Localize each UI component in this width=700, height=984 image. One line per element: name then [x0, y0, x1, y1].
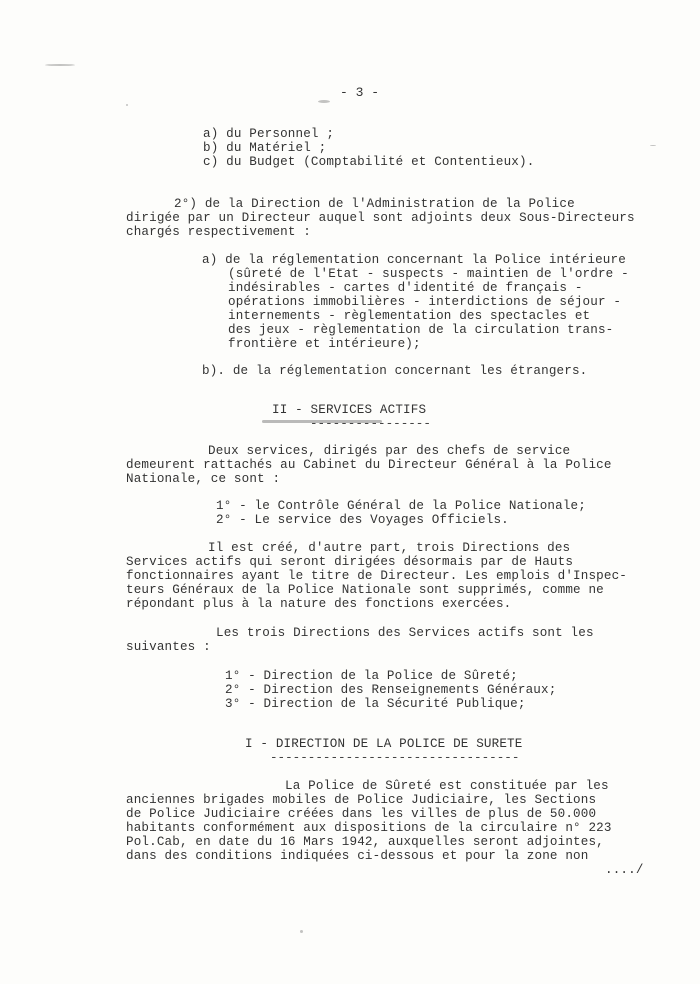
typewritten-document-page: - 3 - a) du Personnel ; b) du Matériel ;…: [0, 0, 700, 984]
paragraph-line: Nationale, ce sont :: [126, 473, 280, 486]
item-a-line: des jeux - règlementation de la circulat…: [228, 324, 613, 337]
list-item-controle: 1° - le Contrôle Général de la Police Na…: [216, 500, 586, 513]
item-a-line: frontière et intérieure);: [228, 338, 421, 351]
heading-services-actifs: II - SERVICES ACTIFS: [272, 404, 426, 417]
item-a-line: internements - règlementation des specta…: [228, 310, 590, 323]
heading-police-surete: I - DIRECTION DE LA POLICE DE SURETE: [245, 738, 522, 751]
paragraph-line: suivantes :: [126, 641, 211, 654]
ink-smudge: [262, 420, 382, 423]
list-item-direction-securite: 3° - Direction de la Sécurité Publique;: [225, 698, 526, 711]
item-b-line: b). de la réglementation concernant les …: [202, 365, 587, 378]
list-item-budget: c) du Budget (Comptabilité et Contentieu…: [203, 156, 534, 169]
section-2-line: chargés respectivement :: [126, 226, 311, 239]
ink-speck: [318, 100, 330, 103]
paragraph-line: de Police Judiciaire créées dans les vil…: [126, 808, 596, 821]
ink-speck: [650, 145, 656, 146]
paragraph-line: demeurent rattachés au Cabinet du Direct…: [126, 459, 612, 472]
paragraph-line: fonctionnaires ayant le titre de Directe…: [126, 570, 627, 583]
paragraph-line: dans des conditions indiquées ci-dessous…: [126, 850, 588, 863]
paragraph-line: habitants conformément aux dispositions …: [126, 822, 612, 835]
list-item-materiel: b) du Matériel ;: [203, 142, 326, 155]
item-a-line: opérations immobilières - interdictions …: [228, 296, 621, 309]
paragraph-line: Services actifs qui seront dirigées déso…: [126, 556, 573, 569]
heading-underline: ---------------------------------: [270, 752, 519, 765]
ink-speck: [126, 104, 128, 106]
paragraph-line: Deux services, dirigés par des chefs de …: [208, 445, 570, 458]
paragraph-line: Pol.Cab, en date du 16 Mars 1942, auxque…: [126, 836, 604, 849]
item-a-line: a) de la réglementation concernant la Po…: [202, 254, 626, 267]
list-item-voyages: 2° - Le service des Voyages Officiels.: [216, 514, 509, 527]
paragraph-line: anciennes brigades mobiles de Police Jud…: [126, 794, 596, 807]
paragraph-line: Les trois Directions des Services actifs…: [216, 627, 594, 640]
paragraph-line: répondant plus à la nature des fonctions…: [126, 598, 511, 611]
ink-speck: [300, 930, 303, 933]
continuation-mark: ..../: [605, 864, 644, 877]
list-item-direction-rg: 2° - Direction des Renseignements Généra…: [225, 684, 556, 697]
list-item-direction-surete: 1° - Direction de la Police de Sûreté;: [225, 670, 518, 683]
item-a-line: (sûreté de l'Etat - suspects - maintien …: [228, 268, 629, 281]
ink-speck: [45, 64, 75, 66]
section-2-heading-line: 2°) de la Direction de l'Administration …: [174, 198, 575, 211]
page-number: - 3 -: [340, 85, 379, 100]
paragraph-line: teurs Généraux de la Police Nationale so…: [126, 584, 604, 597]
list-item-personnel: a) du Personnel ;: [203, 128, 334, 141]
section-2-line: dirigée par un Directeur auquel sont adj…: [126, 212, 635, 225]
paragraph-line: Il est créé, d'autre part, trois Directi…: [208, 542, 570, 555]
item-a-line: indésirables - cartes d'identité de fran…: [228, 282, 583, 295]
paragraph-line: La Police de Sûreté est constituée par l…: [285, 780, 609, 793]
